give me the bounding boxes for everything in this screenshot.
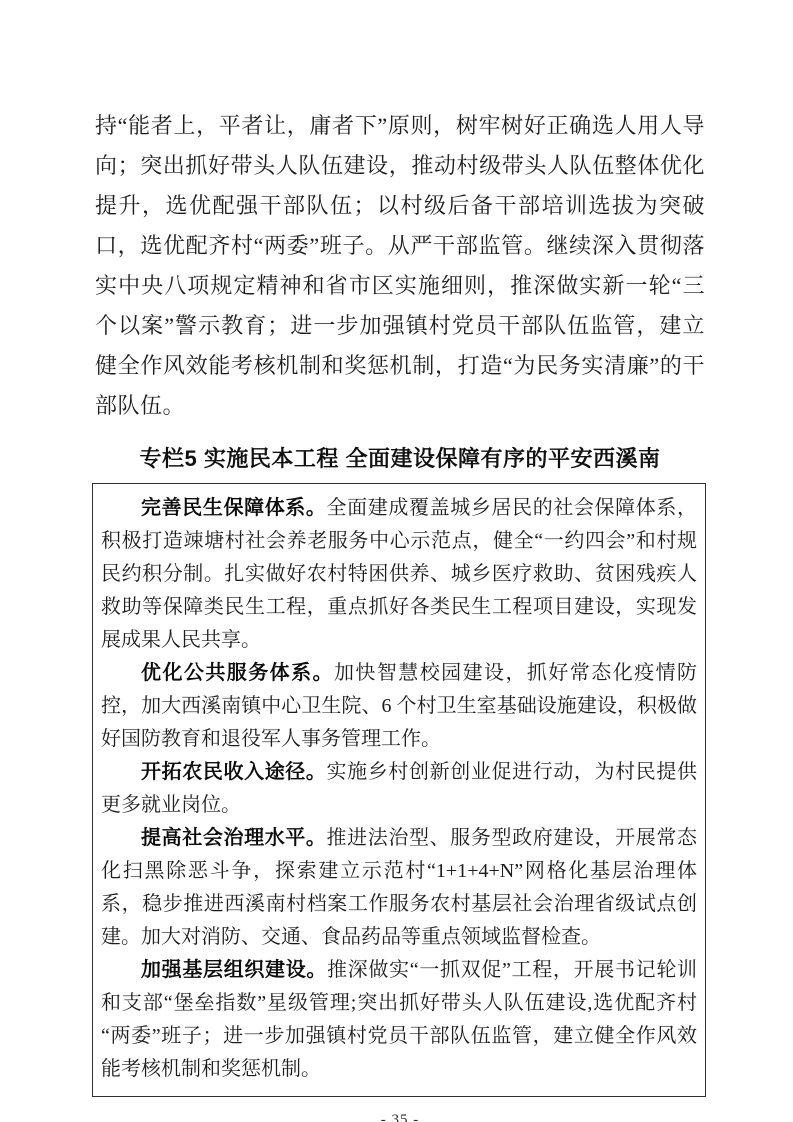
box-paragraph-4: 提高社会治理水平。推进法治型、服务型政府建设，开展常态化扫黑除恶斗争，探索建立示… <box>101 822 697 954</box>
intro-paragraph: 持“能者上，平者让，庸者下”原则，树牢树好正确选人用人导向；突出抓好带头人队伍建… <box>95 106 705 426</box>
box-paragraph-5-lead: 加强基层组织建设。 <box>141 959 327 981</box>
document-page: 持“能者上，平者让，庸者下”原则，树牢树好正确选人用人导向；突出抓好带头人队伍建… <box>0 0 793 1122</box>
box-paragraph-3-lead: 开拓农民收入途径。 <box>141 761 327 783</box>
box-paragraph-5: 加强基层组织建设。推深做实“一抓双促”工程，开展书记轮训和支部“堡垒指数”星级管… <box>101 954 697 1086</box>
page-footer: - 35 - <box>95 1111 705 1122</box>
box-paragraph-1-text: 全面建成覆盖城乡居民的社会保障体系，积极打造竦塘村社会养老服务中心示范点，健全“… <box>101 497 697 651</box>
column-box: 完善民生保障体系。全面建成覆盖城乡居民的社会保障体系，积极打造竦塘村社会养老服务… <box>92 483 706 1097</box>
box-paragraph-2-lead: 优化公共服务体系。 <box>141 662 334 684</box>
box-paragraph-1-lead: 完善民生保障体系。 <box>141 497 327 519</box>
box-paragraph-2: 优化公共服务体系。加快智慧校园建设，抓好常态化疫情防控，加大西溪南镇中心卫生院、… <box>101 657 697 756</box>
page-number: - 35 - <box>381 1112 420 1122</box>
box-paragraph-4-lead: 提高社会治理水平。 <box>141 827 327 849</box>
box-paragraph-1: 完善民生保障体系。全面建成覆盖城乡居民的社会保障体系，积极打造竦塘村社会养老服务… <box>101 492 697 657</box>
column-box-title: 专栏5 实施民本工程 全面建设保障有序的平安西溪南 <box>95 442 705 473</box>
box-paragraph-3: 开拓农民收入途径。实施乡村创新创业促进行动，为村民提供更多就业岗位。 <box>101 756 697 822</box>
